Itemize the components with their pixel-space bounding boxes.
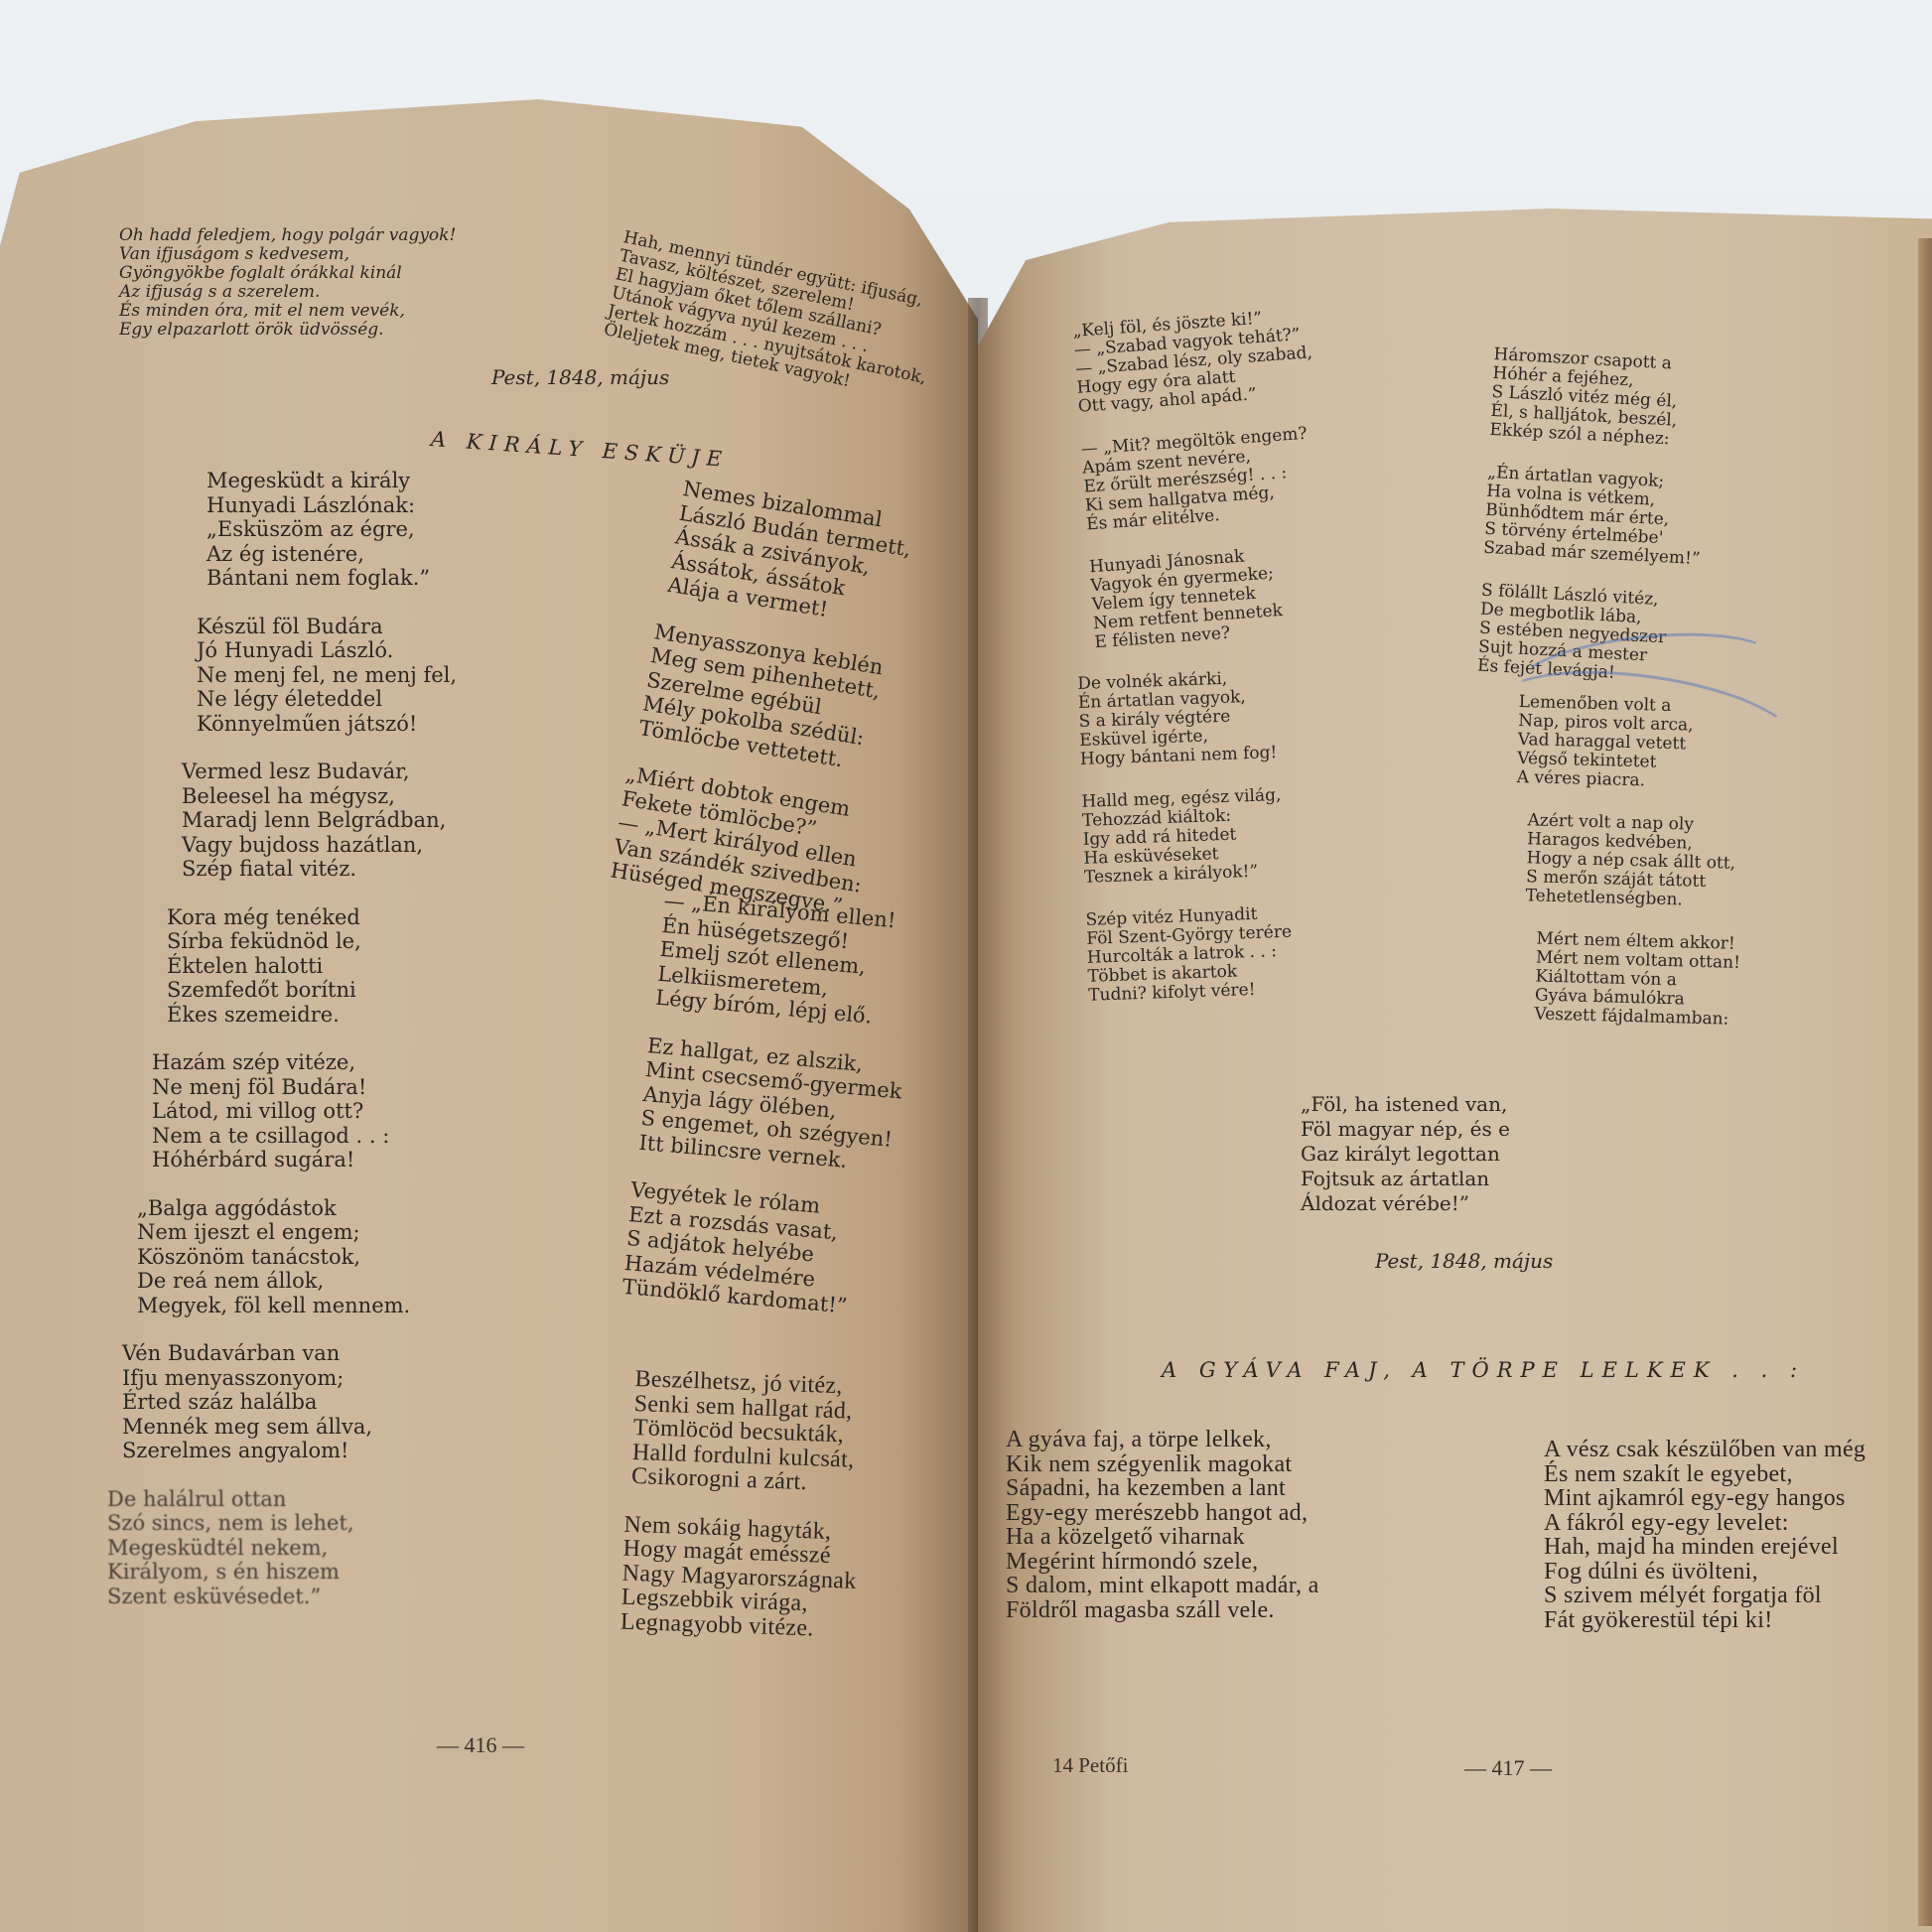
stanza: Beszélhetsz, jó vitéz, Senki sem hallgat… <box>631 1367 864 1496</box>
verse-line: Veszett fájdalmamban: <box>1534 1006 1738 1030</box>
verse-line: Szent esküvésedet.” <box>107 1585 457 1609</box>
verse-line: A fákról egy-egy levelet: <box>1544 1511 1865 1536</box>
verse-line: Érted száz halálba <box>122 1390 457 1415</box>
verse-line: Az ifjuság s a szerelem. <box>119 283 456 302</box>
dateline: Pest, 1848, május <box>1375 1249 1553 1273</box>
verse-line: Hunyadi Lászlónak: <box>207 493 457 518</box>
verse-line: Oh hadd feledjem, hogy polgár vagyok! <box>119 226 456 245</box>
verse-line: Megesküdtél nekem, <box>107 1536 457 1561</box>
verse-line: Ifju menyasszonyom; <box>122 1366 457 1391</box>
page-number: — 416 — <box>437 1732 524 1758</box>
stanza: Nem sokáig hagyták, Hogy magát emésszé N… <box>621 1512 859 1642</box>
stanza: Háromszor csapott a Hóhér a fejéhez, S L… <box>1489 345 1711 451</box>
poem-title: A GYÁVA FAJ, A TÖRPE LELKEK . . : <box>1162 1358 1805 1382</box>
stanza: Menyasszonya keblén Meg sem pihenhetett,… <box>637 620 897 777</box>
verse-line: Kora még tenéked <box>167 905 457 930</box>
verse-line: Az ég istenére, <box>207 542 457 567</box>
verse-line: Ékes szemeidre. <box>167 1003 457 1028</box>
verse-line: Készül föl Budára <box>197 615 457 639</box>
verse-line: Ha a közelgető viharnak <box>1006 1525 1319 1550</box>
stanza: Halld meg, egész világ, Tehozzád kiáltok… <box>1081 786 1290 888</box>
verse-line: Bántani nem foglak.” <box>207 566 457 591</box>
verse-line: Hóhérbárd sugára! <box>152 1148 457 1173</box>
stanza: Hunyadi Jánosnak Vagyok én gyermeke; Vel… <box>1089 542 1332 652</box>
right-page: „Kelj föl, és jöszte ki!” — „Szabad vagy… <box>978 208 1932 1932</box>
verse-line: Mennék meg sem állva, <box>122 1415 457 1440</box>
poem-column-right-middle: — „Én királyom ellen! Én hüségetszegő! E… <box>627 889 918 1345</box>
left-page: Oh hadd feledjem, hogy polgár vagyok! Va… <box>0 99 978 1932</box>
verse-line: Megesküdt a király <box>207 469 457 493</box>
verse-line: Jó Hunyadi László. <box>197 638 457 663</box>
verse-line: Földről magasba száll vele. <box>1006 1598 1319 1623</box>
signature-mark: 14 Petőfi <box>1052 1753 1128 1778</box>
verse-line: Megérint hírmondó szele, <box>1006 1550 1319 1575</box>
stanza: — „Mit? megöltök engem? Apám szent nevér… <box>1080 424 1323 534</box>
stanza: Nemes bizalommal László Budán termett, Á… <box>666 477 920 634</box>
verse-line: És nem szakít le egyebet, <box>1544 1462 1865 1487</box>
page-edge <box>1918 238 1932 1926</box>
stanza: Mért nem éltem akkor! Mért nem voltam ot… <box>1534 930 1740 1030</box>
verse-line: S dalom, mint elkapott madár, a <box>1006 1574 1319 1598</box>
poem-column-right-upper: Nemes bizalommal László Budán termett, Á… <box>617 477 920 945</box>
verse-line: Vén Budavárban van <box>122 1341 457 1366</box>
verse-line: A gyáva faj, a törpe lelkek, <box>1006 1428 1319 1452</box>
stanza: Vén Budavárban van Ifju menyasszonyom; É… <box>122 1341 457 1463</box>
verse-line: De halálrul ottan <box>107 1487 457 1512</box>
stanza: Kora még tenéked Sírba feküdnöd le, Ékte… <box>167 905 457 1028</box>
stanza: Hazám szép vitéze, Ne menj föl Budára! L… <box>152 1050 457 1173</box>
poem2-column-left: A gyáva faj, a törpe lelkek, Kik nem szé… <box>1006 1428 1319 1622</box>
verse-line: És minden óra, mit el nem vevék, <box>119 302 456 321</box>
verse-line: Könnyelműen játszó! <box>197 712 457 737</box>
verse-line: Egy elpazarlott örök üdvösség. <box>119 321 456 340</box>
poem-column-right-lower: Beszélhetsz, jó vitéz, Senki sem hallgat… <box>625 1367 864 1666</box>
stanza: Vegyétek le rólam Ezt a rozsdás vasat, S… <box>621 1177 893 1321</box>
verse-line: „Balga aggódástok <box>137 1196 457 1221</box>
poem2-column-right: A vész csak készülőben van még És nem sz… <box>1544 1438 1865 1632</box>
right-column-left-lower: De volnék akárki, Én ártatlan vagyok, S … <box>1077 668 1295 1030</box>
stanza: Vermed lesz Budavár, Beleesel ha mégysz,… <box>182 759 457 882</box>
verse-line: Sápadni, ha kezemben a lant <box>1006 1476 1319 1501</box>
stanza: Szép vitéz Hunyadit Föl Szent-György ter… <box>1085 904 1294 1006</box>
verse-line: Szerelmes angyalom! <box>122 1439 457 1463</box>
verse-line: Látod, mi villog ott? <box>152 1099 457 1124</box>
poem-title: A KIRÁLY ESKÜJE <box>430 427 729 472</box>
stanza: „Balga aggódástok Nem ijeszt el engem; K… <box>137 1196 457 1318</box>
verse-line: Szép fiatal vitéz. <box>182 857 457 882</box>
stanza: Azért volt a nap oly Haragos kedvében, H… <box>1525 811 1743 911</box>
verse-line: Hazám szép vitéze, <box>152 1050 457 1075</box>
verse-line: Szemfedőt borítni <box>167 978 457 1003</box>
poem-column-left: Megesküdt a király Hunyadi Lászlónak: „E… <box>207 469 457 1632</box>
verse-line: „Esküszöm az égre, <box>207 517 457 542</box>
top-stanza-left: Oh hadd feledjem, hogy polgár vagyok! Va… <box>119 226 456 340</box>
verse-line: Kik nem szégyenlik magokat <box>1006 1452 1319 1477</box>
stanza: Megesküdt a király Hunyadi Lászlónak: „E… <box>207 469 457 591</box>
stanza: De halálrul ottan Szó sincs, nem is lehe… <box>107 1487 457 1609</box>
verse-line: Föl magyar nép, és e <box>1301 1117 1510 1142</box>
verse-line: Mint ajkamról egy-egy hangos <box>1544 1486 1865 1511</box>
verse-line: Köszönöm tanácstok, <box>137 1245 457 1270</box>
verse-line: Beleesel ha mégysz, <box>182 784 457 809</box>
verse-line: A vész csak készülőben van még <box>1544 1438 1865 1462</box>
verse-line: Hah, majd ha minden erejével <box>1544 1535 1865 1560</box>
verse-line: Gaz királyt legottan <box>1301 1142 1510 1167</box>
verse-line: Vagy bujdoss hazátlan, <box>182 833 457 858</box>
verse-line: Sírba feküdnöd le, <box>167 929 457 954</box>
stanza: Készül föl Budára Jó Hunyadi László. Ne … <box>197 615 457 737</box>
verse-line: Fát gyökerestül tépi ki! <box>1544 1608 1865 1633</box>
verse-line: Áldozat vérébe!” <box>1301 1191 1510 1216</box>
verse-line: S szivem mélyét forgatja föl <box>1544 1584 1865 1608</box>
stanza: — „Én királyom ellen! Én hüségetszegő! E… <box>654 889 917 1032</box>
verse-line: Van ifjuságom s kedvesem, <box>119 245 456 264</box>
verse-line: Nem ijeszt el engem; <box>137 1220 457 1245</box>
stanza: Ez hallgat, ez alszik, Mint csecsemő-gye… <box>638 1034 905 1177</box>
verse-line: Ne menj fel, ne menj fel, <box>197 663 457 688</box>
verse-line: Fog dúlni és üvölteni, <box>1544 1560 1865 1585</box>
verse-line: Egy-egy merészebb hangot ad, <box>1006 1501 1319 1526</box>
verse-line: Szó sincs, nem is lehet, <box>107 1511 457 1536</box>
verse-line: Maradj lenn Belgrádban, <box>182 808 457 833</box>
right-column-left: „Kelj föl, és jöszte ki!” — „Szabad vagy… <box>1072 306 1333 676</box>
verse-line: Éktelen halotti <box>167 954 457 979</box>
stanza: „Én ártatlan vagyok; Ha volna is vétkem,… <box>1483 464 1705 569</box>
stanza: De volnék akárki, Én ártatlan vagyok, S … <box>1077 668 1286 769</box>
verse-line: „Föl, ha istened van, <box>1301 1092 1510 1117</box>
stanza: „Kelj föl, és jöszte ki!” — „Szabad vagy… <box>1072 306 1315 416</box>
verse-line: Nem a te csillagod . . : <box>152 1124 457 1149</box>
dateline: Pest, 1848, május <box>491 365 669 389</box>
verse-line: Vermed lesz Budavár, <box>182 759 457 784</box>
page-number: — 417 — <box>1464 1755 1552 1781</box>
verse-line: De reá nem állok, <box>137 1269 457 1294</box>
verse-line: Királyom, s én hiszem <box>107 1560 457 1585</box>
verse-line: Gyöngyökbe foglalt órákkal kinál <box>119 264 456 283</box>
verse-line: Fojtsuk az ártatlan <box>1301 1167 1510 1191</box>
verse-line: Megyek, föl kell mennem. <box>137 1294 457 1318</box>
verse-line: Ne menj föl Budára! <box>152 1075 457 1100</box>
verse-line: Ne légy életeddel <box>197 687 457 712</box>
closing-stanza: „Föl, ha istened van, Föl magyar nép, és… <box>1301 1092 1510 1216</box>
